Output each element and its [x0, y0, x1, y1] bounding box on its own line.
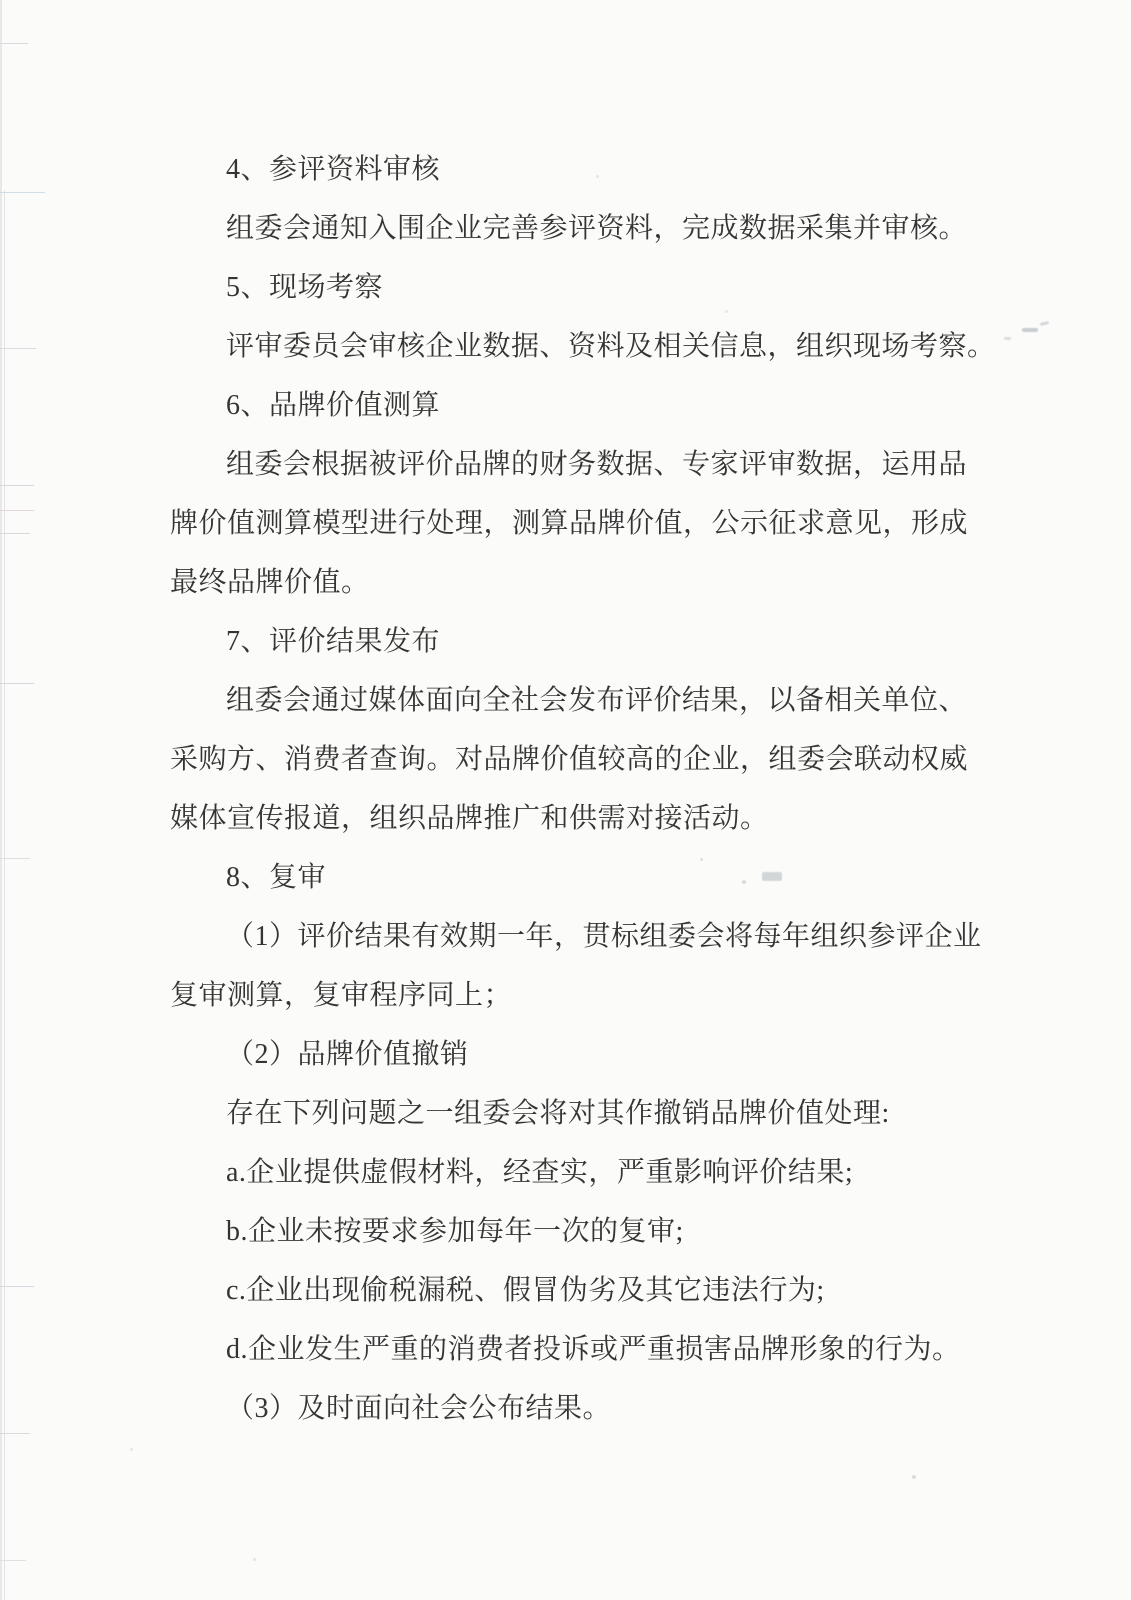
- paragraph-line: 牌价值测算模型进行处理，测算品牌价值，公示征求意见，形成: [170, 494, 960, 553]
- scan-smudge: [1022, 328, 1038, 332]
- scan-vertical-line: [4, 190, 5, 1600]
- scanned-document-page: 4、参评资料审核 组委会通知入围企业完善参评资料，完成数据采集并审核。 5、现场…: [0, 0, 1131, 1600]
- scan-smudge: [1040, 321, 1049, 326]
- scan-margin-tick: [0, 858, 30, 859]
- scan-speck: [130, 1448, 133, 1451]
- document-body: 4、参评资料审核 组委会通知入围企业完善参评资料，完成数据采集并审核。 5、现场…: [170, 140, 960, 1438]
- scan-margin-tick: [0, 485, 34, 486]
- list-item-d: d.企业发生严重的消费者投诉或严重损害品牌形象的行为。: [170, 1320, 960, 1379]
- paragraph-line: （1）评价结果有效期一年，贯标组委会将每年组织参评企业: [170, 907, 960, 966]
- paragraph-line: 组委会通知入围企业完善参评资料，完成数据采集并审核。: [170, 199, 960, 258]
- paragraph-line: 复审测算，复审程序同上；: [170, 966, 960, 1025]
- heading-item-7: 7、评价结果发布: [170, 612, 960, 671]
- paragraph-line: 存在下列问题之一组委会将对其作撤销品牌价值处理:: [170, 1084, 960, 1143]
- paragraph-line: 采购方、消费者查询。对品牌价值较高的企业，组委会联动权威: [170, 730, 960, 789]
- scan-margin-tick: [0, 192, 45, 193]
- paragraph-line: 组委会通过媒体面向全社会发布评价结果，以备相关单位、: [170, 671, 960, 730]
- paragraph-line: 评审委员会审核企业数据、资料及相关信息，组织现场考察。: [170, 317, 960, 376]
- scan-margin-tick: [0, 683, 34, 684]
- scan-edge-shade: [0, 0, 2, 1600]
- scan-margin-tick: [0, 1433, 30, 1434]
- heading-item-4: 4、参评资料审核: [170, 140, 960, 199]
- paragraph-line: 媒体宣传报道，组织品牌推广和供需对接活动。: [170, 789, 960, 848]
- scan-margin-tick: [0, 1286, 34, 1287]
- list-item-c: c.企业出现偷税漏税、假冒伪劣及其它违法行为;: [170, 1261, 960, 1320]
- list-item-b: b.企业未按要求参加每年一次的复审;: [170, 1202, 960, 1261]
- scan-margin-tick: [0, 43, 28, 44]
- scan-speck: [253, 1558, 256, 1561]
- scan-speck: [912, 1475, 916, 1479]
- subitem-3-line: （3）及时面向社会公布结果。: [170, 1379, 960, 1438]
- heading-item-6: 6、品牌价值测算: [170, 376, 960, 435]
- paragraph-line: 组委会根据被评价品牌的财务数据、专家评审数据，运用品: [170, 435, 960, 494]
- scan-margin-tick: [0, 510, 34, 511]
- list-item-a: a.企业提供虚假材料，经查实，严重影响评价结果;: [170, 1143, 960, 1202]
- scan-margin-tick: [0, 533, 30, 534]
- heading-item-5: 5、现场考察: [170, 258, 960, 317]
- paragraph-line: 最终品牌价值。: [170, 553, 960, 612]
- heading-item-8: 8、复审: [170, 848, 960, 907]
- scan-smudge: [1004, 337, 1011, 340]
- scan-margin-tick: [0, 348, 36, 349]
- subitem-2-heading: （2）品牌价值撤销: [170, 1025, 960, 1084]
- scan-margin-tick: [0, 1560, 26, 1561]
